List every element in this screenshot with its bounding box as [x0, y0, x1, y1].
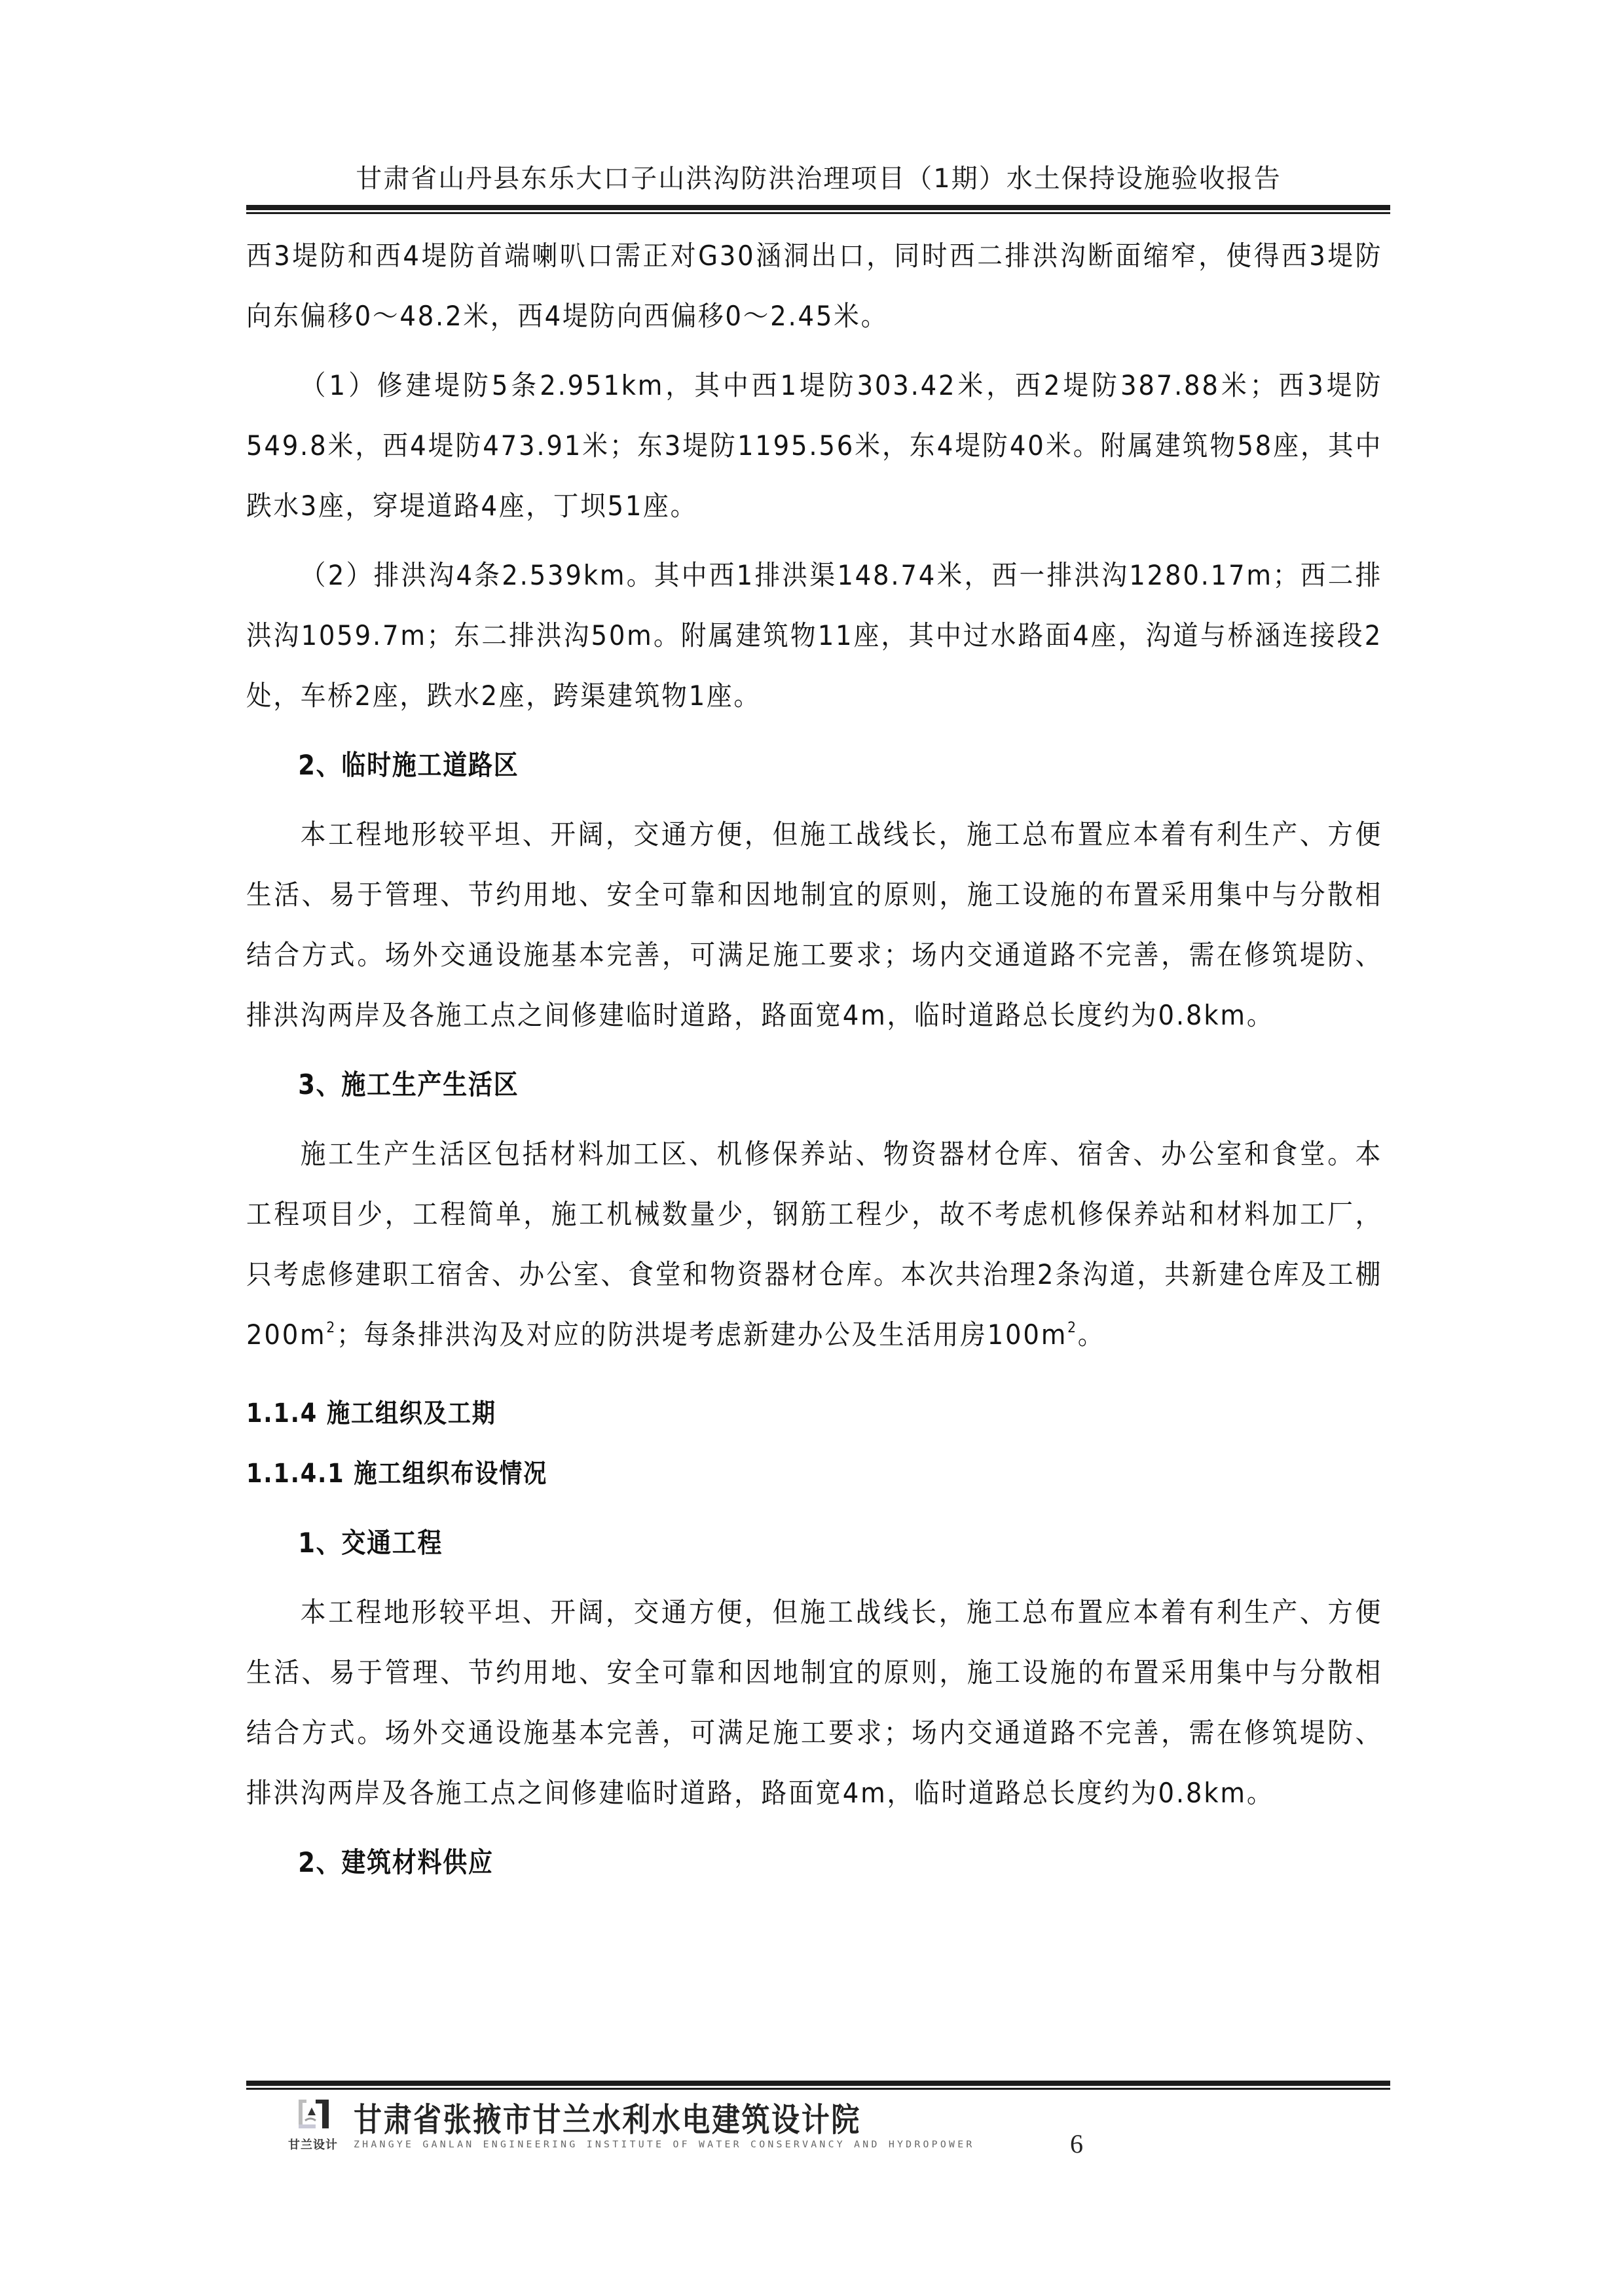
organization-name: 甘肃省张掖市甘兰水利水电建筑设计院: [354, 2100, 861, 2140]
document-header-title: 甘肃省山丹县东乐大口子山洪沟防洪治理项目（1期）水土保持设施验收报告: [246, 159, 1391, 198]
heading-materials: 2、建筑材料供应: [246, 1832, 1246, 1893]
intro-paragraph: 西3堤防和西4堤防首端喇叭口需正对G30涵洞出口，同时西二排洪沟断面缩窄，使得西…: [246, 226, 1382, 346]
logo-caption: 甘兰设计: [288, 2136, 338, 2153]
header-rule-thick: [246, 205, 1390, 210]
embankment-paragraph: （1）修建堤防5条2.951km，其中西1堤防303.42米，西2堤防387.8…: [246, 355, 1382, 536]
institute-logo-icon: [296, 2097, 333, 2134]
superscript-2: 2: [326, 1320, 337, 1336]
drainage-paragraph: （2）排洪沟4条2.539km。其中西1排洪渠148.74米，西一排洪沟1280…: [246, 545, 1382, 726]
heading-living-area: 3、施工生产生活区: [246, 1055, 1246, 1115]
living-area-paragraph: 施工生产生活区包括材料加工区、机修保养站、物资器材仓库、宿舍、办公室和食堂。本工…: [246, 1124, 1382, 1365]
document-body: 西3堤防和西4堤防首端喇叭口需正对G30涵洞出口，同时西二排洪沟断面缩窄，使得西…: [246, 226, 1382, 1893]
subsection-heading: 1.1.4.1 施工组织布设情况: [246, 1444, 1246, 1504]
footer-rule-thin: [246, 2088, 1390, 2090]
living-area-text-2: ；每条排洪沟及对应的防洪堤考虑新建办公及生活用房100m: [337, 1319, 1067, 1351]
section-heading: 1.1.4 施工组织及工期: [246, 1383, 1246, 1444]
organization-name-en: ZHANGYE GANLAN ENGINEERING INSTITUTE OF …: [354, 2138, 975, 2151]
traffic-paragraph: 本工程地形较平坦、开阔，交通方便，但施工战线长，施工总布置应本着有利生产、方便生…: [246, 1582, 1382, 1823]
header-rule-thin: [246, 212, 1390, 214]
heading-temp-road: 2、临时施工道路区: [246, 735, 1246, 795]
superscript-2: 2: [1067, 1320, 1078, 1336]
footer-rule-thick: [246, 2081, 1390, 2086]
page-number: 6: [1070, 2128, 1083, 2160]
living-area-text-3: 。: [1078, 1319, 1105, 1351]
temp-road-paragraph: 本工程地形较平坦、开阔，交通方便，但施工战线长，施工总布置应本着有利生产、方便生…: [246, 805, 1382, 1046]
heading-traffic: 1、交通工程: [246, 1513, 1246, 1573]
